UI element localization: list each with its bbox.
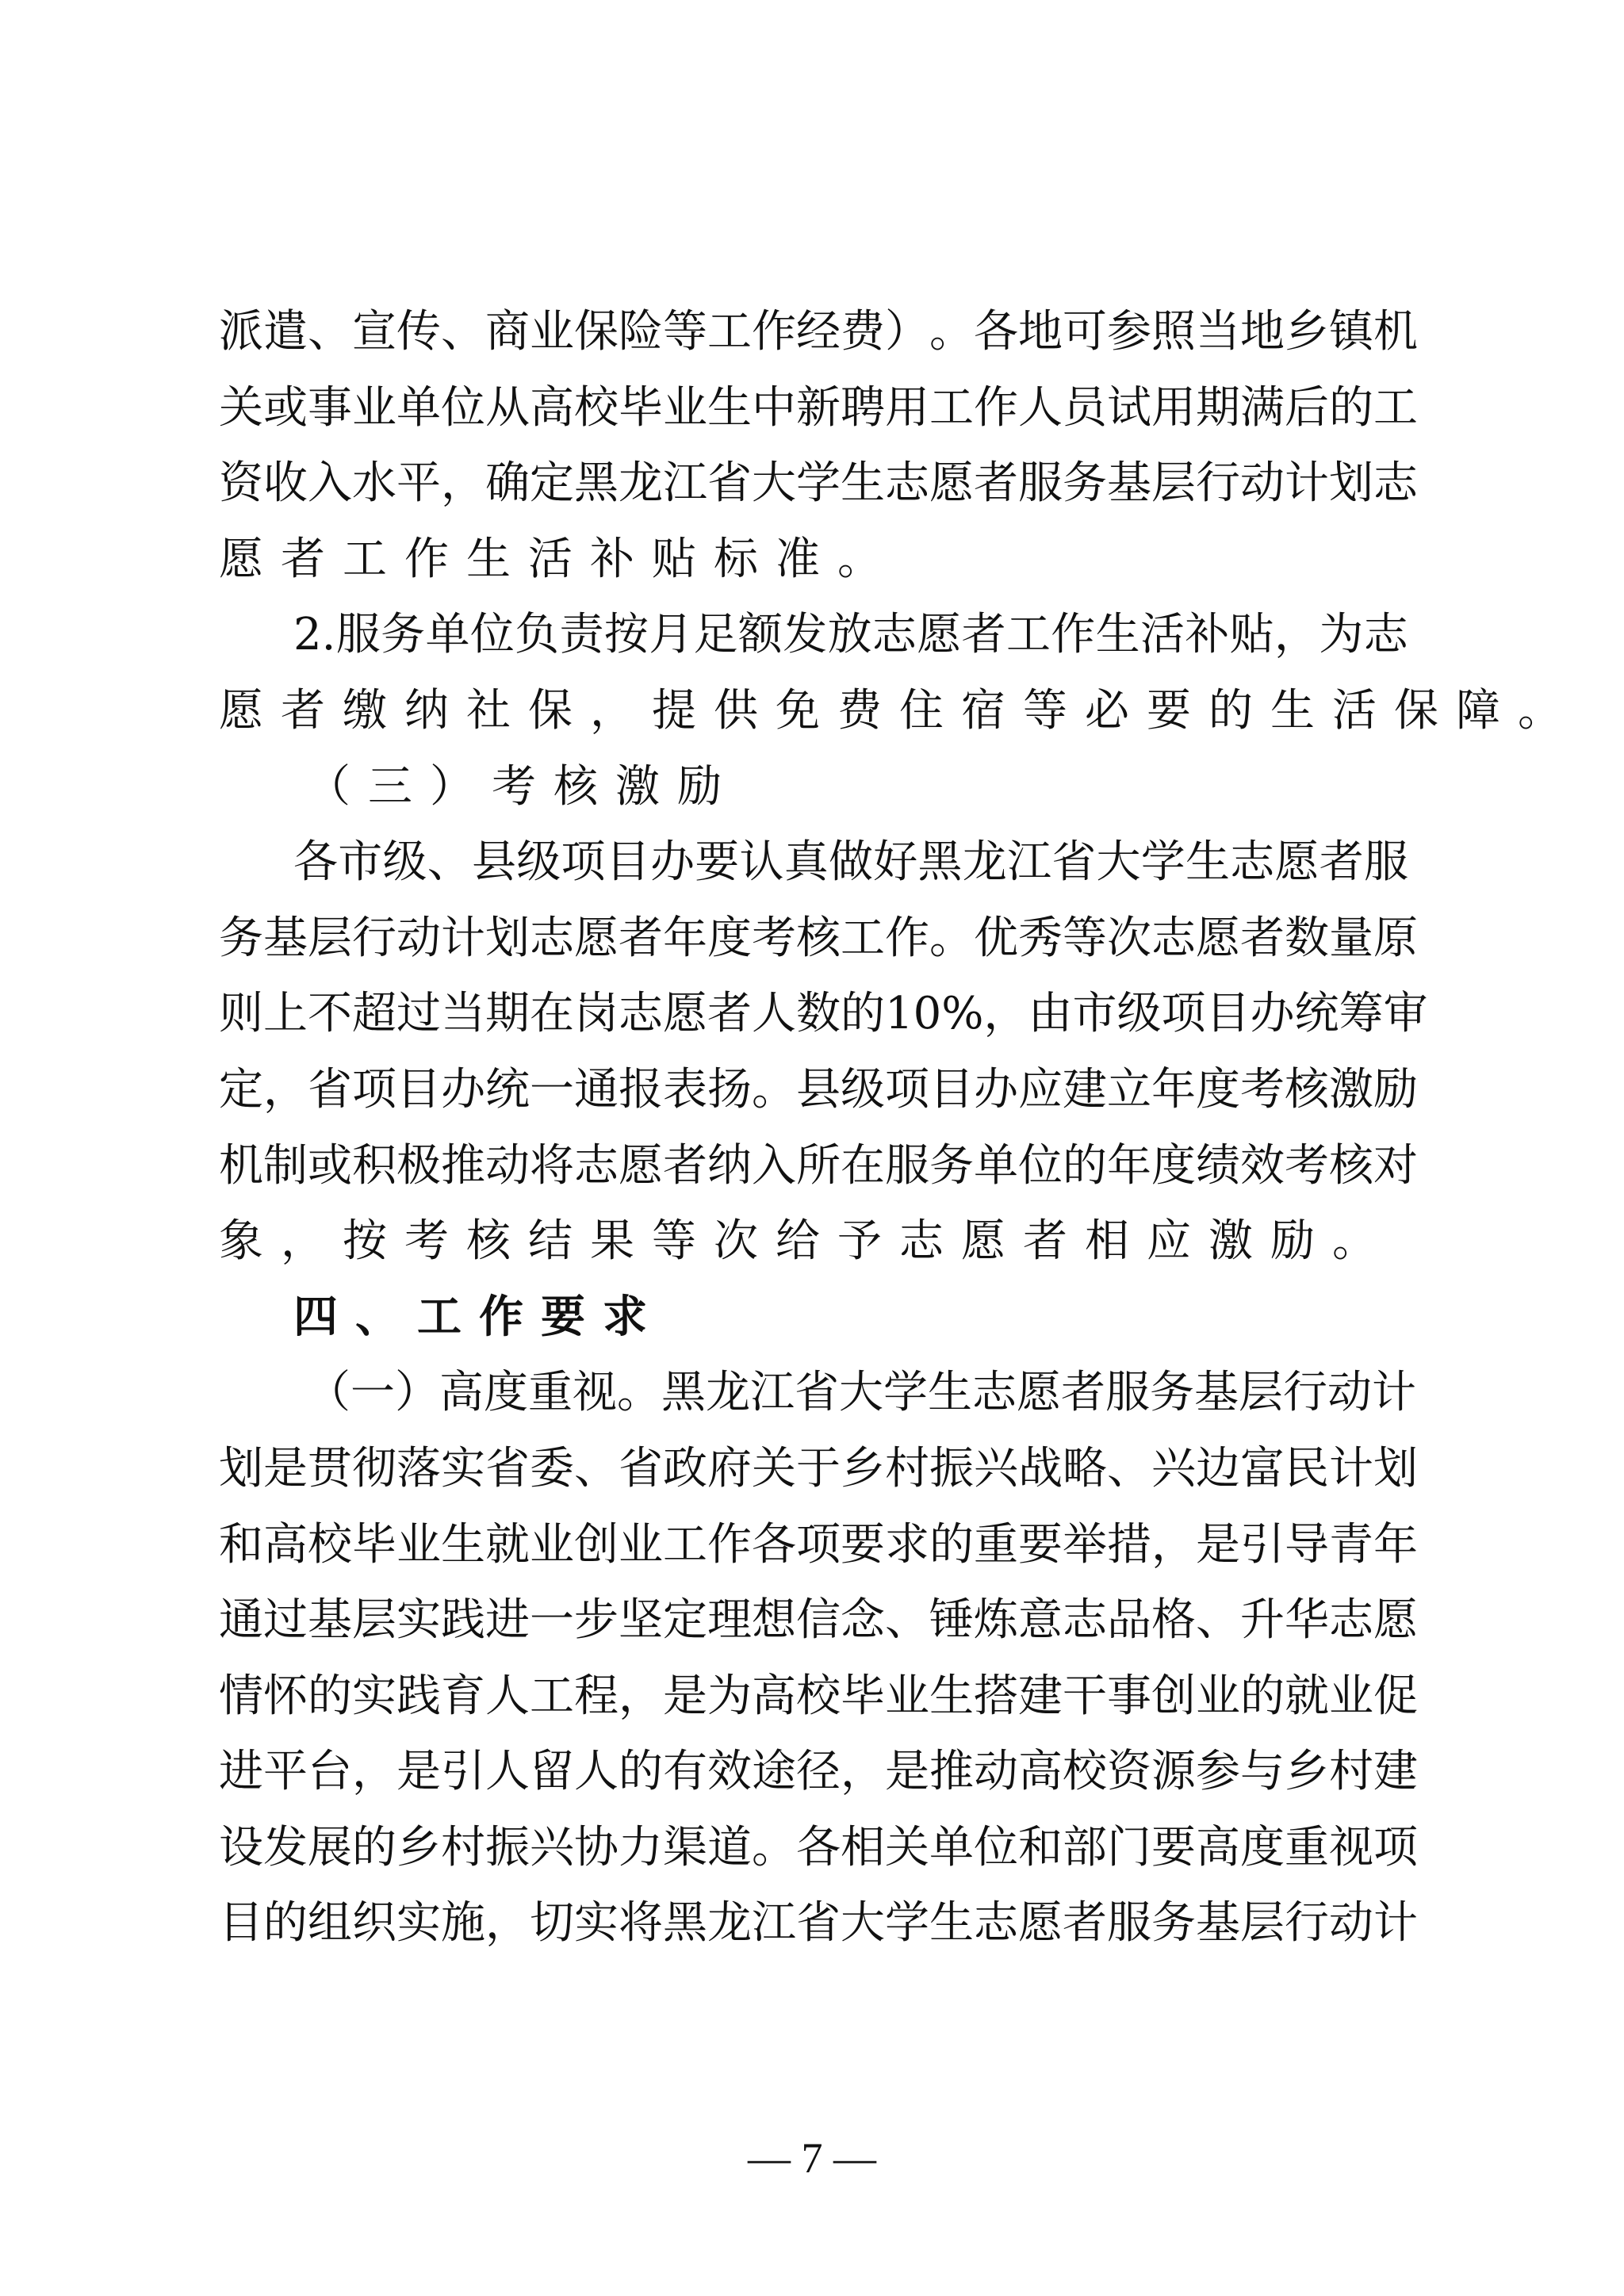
glyph: 举: [1063, 1507, 1107, 1583]
glyph: 宣: [352, 294, 396, 370]
glyph: 省: [1051, 825, 1096, 901]
glyph: 推: [929, 1734, 974, 1810]
glyph: 施: [441, 1885, 485, 1961]
paragraph-line: 和高校毕业生就业创业工作各项要求的重要举措，是引导青年: [219, 1507, 1408, 1583]
glyph: 期: [1196, 370, 1240, 446]
glyph: 是: [1196, 1507, 1240, 1583]
glyph: 、: [1196, 1582, 1240, 1659]
glyph: 定: [663, 1582, 707, 1659]
glyph: 过: [396, 976, 441, 1052]
glyph: 业: [352, 370, 396, 446]
glyph: 考: [1240, 1052, 1285, 1128]
glyph: 量: [1329, 901, 1373, 977]
glyph: 省: [795, 1355, 839, 1431]
glyph: 干: [1063, 1659, 1107, 1735]
glyph: 炼: [974, 1582, 1018, 1659]
glyph: 政: [663, 1431, 707, 1507]
glyph: 秀: [1018, 901, 1063, 977]
glyph: 愿: [1373, 1582, 1418, 1659]
glyph: 要: [1018, 1507, 1063, 1583]
glyph: 校: [1063, 1734, 1107, 1810]
glyph: 者: [962, 597, 1006, 673]
glyph: 做: [829, 825, 873, 901]
glyph: 志: [1329, 1582, 1373, 1659]
glyph: 的: [352, 1810, 396, 1886]
glyph: 动: [974, 1734, 1018, 1810]
glyph: 筹: [1339, 976, 1383, 1052]
glyph: 乡: [1285, 1734, 1329, 1810]
glyph: 参: [1196, 1734, 1240, 1810]
glyph: 目: [396, 1052, 441, 1128]
glyph: 育: [441, 1659, 485, 1735]
glyph: 派: [219, 294, 263, 370]
glyph: 志: [530, 901, 574, 977]
glyph: 确: [485, 446, 530, 522]
glyph: 贴: [1230, 597, 1274, 673]
glyph: 念: [841, 1582, 885, 1659]
glyph: 年: [663, 901, 707, 977]
glyph: ，: [983, 976, 1028, 1052]
glyph: 层: [308, 901, 352, 977]
glyph: 由: [1028, 976, 1072, 1052]
glyph: 基: [1107, 446, 1151, 522]
glyph: 平: [263, 1734, 308, 1810]
glyph: 核: [1285, 1052, 1329, 1128]
glyph: 事: [1107, 1659, 1151, 1735]
glyph: 、: [441, 294, 485, 370]
glyph: 战: [1018, 1431, 1063, 1507]
glyph: 实: [396, 1582, 441, 1659]
glyph: 相: [841, 1810, 885, 1886]
glyph: 践: [396, 1659, 441, 1735]
glyph: 行: [1285, 1885, 1329, 1961]
glyph: 定: [530, 446, 574, 522]
glyph: 毕: [841, 1659, 885, 1735]
glyph: 升: [1240, 1582, 1285, 1659]
glyph: 力: [619, 1810, 663, 1886]
glyph: ，: [441, 446, 485, 522]
paragraph-line: 愿者工作生活补贴标准。: [219, 522, 1408, 598]
glyph: 项: [796, 1507, 841, 1583]
glyph: 高: [530, 370, 574, 446]
glyph: 试: [1107, 370, 1151, 446]
glyph: 道: [707, 1810, 752, 1886]
glyph: 等: [663, 294, 707, 370]
glyph: 作: [752, 294, 796, 370]
glyph: 用: [885, 370, 929, 446]
glyph: 志: [885, 446, 929, 522]
glyph: 协: [574, 1810, 619, 1886]
glyph: 推: [441, 1128, 485, 1204]
glyph: 关: [752, 1431, 796, 1507]
glyph: 贯: [308, 1431, 352, 1507]
glyph: 程: [574, 1659, 619, 1735]
glyph: 坚: [619, 1582, 663, 1659]
glyph: 愿: [1275, 825, 1319, 901]
glyph: 项: [352, 1052, 396, 1128]
glyph: 或: [263, 370, 308, 446]
glyph: 报: [619, 1052, 663, 1128]
glyph: 活: [1140, 597, 1185, 673]
glyph: 引: [1240, 1507, 1285, 1583]
glyph: 划: [1373, 1431, 1418, 1507]
glyph: 要: [695, 825, 739, 901]
glyph: 的: [841, 976, 885, 1052]
glyph: 部: [1063, 1810, 1107, 1886]
glyph: 项: [1161, 976, 1205, 1052]
glyph: 动: [1327, 1355, 1372, 1431]
glyph: 应: [1018, 1052, 1063, 1128]
glyph: 办: [974, 1052, 1018, 1128]
glyph: 渠: [663, 1810, 707, 1886]
glyph: 入: [308, 446, 352, 522]
paragraph-line: 目的组织实施，切实将黑龙江省大学生志愿者服务基层行动计: [219, 1885, 1408, 1961]
glyph: 年: [1107, 1128, 1151, 1204]
glyph: 志: [619, 976, 663, 1052]
glyph: 毕: [619, 370, 663, 446]
glyph: 计: [1329, 1431, 1373, 1507]
glyph: 重: [1285, 1810, 1329, 1886]
glyph: ）: [395, 1355, 439, 1431]
glyph: 县: [796, 1052, 841, 1128]
glyph: 位: [1018, 1128, 1063, 1204]
glyph: 大: [839, 1355, 883, 1431]
glyph: 乡: [841, 1431, 885, 1507]
glyph: 引: [441, 1734, 485, 1810]
glyph: 照: [1151, 294, 1196, 370]
glyph: 划: [1329, 446, 1373, 522]
document-body: 派遣、宣传、商业保险等工作经费）。各地可参照当地乡镇机 关或事业单位从高校毕业生…: [219, 294, 1408, 1961]
glyph: 村: [1329, 1734, 1373, 1810]
glyph: 黑: [918, 825, 963, 901]
glyph: 人: [752, 976, 796, 1052]
glyph: 收: [263, 446, 308, 522]
glyph: 于: [796, 1431, 841, 1507]
paragraph-line: 务基层行动计划志愿者年度考核工作。优秀等次志愿者数量原: [219, 901, 1408, 977]
glyph: 员: [1063, 370, 1107, 446]
glyph: 度: [484, 1355, 528, 1431]
glyph: 彻: [352, 1431, 396, 1507]
glyph: 务: [219, 901, 263, 977]
glyph: 青: [1329, 1507, 1373, 1583]
glyph: 校: [574, 370, 619, 446]
glyph: 愿: [619, 1128, 663, 1204]
glyph: 径: [796, 1734, 841, 1810]
glyph: 责: [560, 597, 604, 673]
glyph: 务: [929, 1128, 974, 1204]
glyph: 、: [1107, 1431, 1151, 1507]
paragraph-line: 则上不超过当期在岗志愿者人数的10%，由市级项目办统筹审: [219, 976, 1408, 1052]
glyph: 人: [485, 1734, 530, 1810]
glyph: 江: [750, 1355, 795, 1431]
glyph: 进: [219, 1734, 263, 1810]
glyph: 者: [663, 1128, 707, 1204]
glyph: 层: [1239, 1355, 1283, 1431]
glyph: 、: [885, 1582, 929, 1659]
glyph: 新: [796, 370, 841, 446]
glyph: ，: [619, 1659, 663, 1735]
glyph: 单: [425, 597, 469, 673]
glyph: 遣: [263, 294, 308, 370]
glyph: 的: [1063, 1128, 1107, 1204]
glyph: 度: [707, 901, 752, 977]
glyph: 委: [530, 1431, 574, 1507]
glyph: 组: [308, 1885, 352, 1961]
glyph: 。: [617, 1355, 661, 1431]
glyph: 务: [1151, 1885, 1196, 1961]
glyph: 志: [1151, 901, 1196, 977]
paragraph-line: 象，按考核结果等次给予志愿者相应激励。: [219, 1203, 1408, 1280]
glyph: 可: [1063, 294, 1107, 370]
glyph: 不: [308, 976, 352, 1052]
glyph: 一: [530, 1052, 574, 1128]
glyph: 资: [219, 446, 263, 522]
glyph: 建: [1373, 1734, 1418, 1810]
glyph: （: [306, 1355, 350, 1431]
glyph: 基: [263, 901, 308, 977]
glyph: 信: [796, 1582, 841, 1659]
glyph: 志: [1063, 1582, 1107, 1659]
glyph: 人: [574, 1734, 619, 1810]
glyph: 业: [1329, 1659, 1373, 1735]
glyph: 大: [752, 446, 796, 522]
glyph: 立: [1107, 1052, 1151, 1128]
glyph: 想: [752, 1582, 796, 1659]
glyph: 振: [485, 1810, 530, 1886]
glyph: 生: [1185, 825, 1230, 901]
glyph: 。: [929, 294, 974, 370]
glyph: 村: [441, 1810, 485, 1886]
glyph: 就: [1285, 1659, 1329, 1735]
glyph: 地: [1240, 294, 1285, 370]
glyph: 发: [263, 1810, 308, 1886]
glyph: 措: [1107, 1507, 1151, 1583]
glyph: 负: [515, 597, 559, 673]
glyph: 者: [974, 446, 1018, 522]
glyph: 月: [649, 597, 693, 673]
glyph: 积: [352, 1128, 396, 1204]
glyph: 落: [396, 1431, 441, 1507]
glyph: 基: [1194, 1355, 1239, 1431]
glyph: 践: [441, 1582, 485, 1659]
glyph: 生: [929, 1885, 974, 1961]
glyph: 人: [1018, 370, 1063, 446]
glyph: 作: [974, 370, 1018, 446]
glyph: 与: [1240, 1734, 1285, 1810]
glyph: 考: [752, 901, 796, 977]
glyph: 留: [530, 1734, 574, 1810]
glyph: 愿: [663, 976, 707, 1052]
glyph: 服: [1364, 825, 1408, 901]
glyph: 单: [929, 1810, 974, 1886]
glyph: 怀: [263, 1659, 308, 1735]
glyph: 各: [293, 825, 338, 901]
glyph: 和: [219, 1507, 263, 1583]
glyph: 事: [308, 370, 352, 446]
glyph: 行: [352, 901, 396, 977]
glyph: 校: [796, 1659, 841, 1735]
paragraph-line: 情怀的实践育人工程，是为高校毕业生搭建干事创业的就业促: [219, 1659, 1408, 1735]
glyph: 参: [1107, 294, 1151, 370]
glyph: 补: [1185, 597, 1229, 673]
glyph: 按: [604, 597, 649, 673]
glyph: 兴: [1151, 1431, 1196, 1507]
glyph: 府: [707, 1431, 752, 1507]
glyph: 者: [1240, 901, 1285, 977]
glyph: 项: [561, 825, 606, 901]
glyph: 工: [841, 901, 885, 977]
glyph: 途: [752, 1734, 796, 1810]
glyph: 目: [1205, 976, 1250, 1052]
glyph: 超: [352, 976, 396, 1052]
glyph: 表: [663, 1052, 707, 1128]
glyph: 的: [1240, 1659, 1285, 1735]
glyph: 愿: [929, 446, 974, 522]
glyph: 审: [1383, 976, 1427, 1052]
glyph: 务: [1063, 446, 1107, 522]
glyph: 重: [974, 1507, 1018, 1583]
glyph: 一: [350, 1355, 395, 1431]
glyph: 数: [796, 976, 841, 1052]
glyph: 村: [885, 1431, 929, 1507]
glyph: 市: [338, 825, 382, 901]
glyph: 年: [1373, 1507, 1418, 1583]
glyph: 实: [441, 1431, 485, 1507]
glyph: 年: [1151, 1052, 1196, 1128]
glyph: 省: [707, 446, 752, 522]
glyph: 是: [663, 1659, 707, 1735]
paragraph-line-item-2: 2.服务单位负责按月足额发放志愿者工作生活补贴，为志: [219, 597, 1408, 673]
glyph: 业: [1196, 1659, 1240, 1735]
glyph: 将: [619, 1885, 663, 1961]
paragraph-line: 划是贯彻落实省委、省政府关于乡村振兴战略、兴边富民计划: [219, 1431, 1408, 1507]
glyph: 平: [396, 446, 441, 522]
glyph: 富: [1240, 1431, 1285, 1507]
glyph: 要: [1151, 1810, 1196, 1886]
glyph: 学: [796, 446, 841, 522]
glyph: 业: [663, 370, 707, 446]
glyph: 乡: [1285, 294, 1329, 370]
glyph: 建: [1063, 1052, 1107, 1128]
glyph: 志: [974, 1885, 1018, 1961]
glyph: 高: [1018, 1734, 1063, 1810]
glyph: 额: [738, 597, 783, 673]
glyph: 人: [485, 1659, 530, 1735]
glyph: 效: [1240, 1128, 1285, 1204]
glyph: 制: [263, 1128, 308, 1204]
glyph: 关: [219, 370, 263, 446]
glyph: 大: [1097, 825, 1141, 901]
glyph: 核: [1329, 1128, 1373, 1204]
paragraph-line: 定，省项目办统一通报表扬。县级项目办应建立年度考核激励: [219, 1052, 1408, 1128]
glyph: 乡: [396, 1810, 441, 1886]
paragraph-line: 进平台，是引人留人的有效途径，是推动高校资源参与乡村建: [219, 1734, 1408, 1810]
glyph: 的: [619, 1734, 663, 1810]
glyph: 传: [396, 294, 441, 370]
glyph: 龙: [706, 1355, 750, 1431]
subheading-assessment: （三）考核激励: [219, 749, 1408, 825]
glyph: 黑: [574, 446, 619, 522]
glyph: 认: [740, 825, 784, 901]
glyph: 通: [219, 1582, 263, 1659]
glyph: 要: [841, 1507, 885, 1583]
glyph: 度: [1151, 1128, 1196, 1204]
glyph: 单: [974, 1128, 1018, 1204]
glyph: 核: [796, 901, 841, 977]
glyph: 统: [485, 1052, 530, 1128]
glyph: 大: [841, 1885, 885, 1961]
glyph: 优: [974, 901, 1018, 977]
glyph: 行: [1196, 446, 1240, 522]
glyph: 市: [1072, 976, 1116, 1052]
glyph: 度: [1240, 1810, 1285, 1886]
glyph: 毕: [352, 1507, 396, 1583]
glyph: 工: [1373, 370, 1418, 446]
glyph: 实: [574, 1885, 619, 1961]
glyph: ）: [885, 294, 929, 370]
glyph: 理: [707, 1582, 752, 1659]
glyph: ，: [485, 1885, 530, 1961]
glyph: 扬: [707, 1052, 752, 1128]
glyph: 基: [1196, 1885, 1240, 1961]
glyph: 效: [707, 1734, 752, 1810]
glyph: 目: [929, 1052, 974, 1128]
glyph: 级: [1116, 976, 1161, 1052]
glyph: 县: [472, 825, 516, 901]
glyph: 求: [885, 1507, 929, 1583]
glyph: ，: [263, 1052, 308, 1128]
glyph: 办: [1250, 976, 1294, 1052]
glyph: 等: [1063, 901, 1107, 977]
glyph: 发: [783, 597, 827, 673]
glyph: 织: [352, 1885, 396, 1961]
glyph: 导: [1285, 1507, 1329, 1583]
glyph: 龙: [619, 446, 663, 522]
glyph: 关: [885, 1810, 929, 1886]
glyph: 格: [1151, 1582, 1196, 1659]
glyph: 黑: [661, 1355, 706, 1431]
glyph: 创: [574, 1507, 619, 1583]
glyph: 生: [841, 446, 885, 522]
glyph: 志: [972, 1355, 1017, 1431]
glyph: 务: [1150, 1355, 1194, 1431]
glyph: 划: [219, 1431, 263, 1507]
glyph: 高: [1196, 1810, 1240, 1886]
glyph: 台: [308, 1734, 352, 1810]
glyph: 的: [1329, 370, 1373, 446]
glyph: 校: [308, 1507, 352, 1583]
glyph: 统: [1294, 976, 1339, 1052]
glyph: 龙: [963, 825, 1007, 901]
glyph: 是: [885, 1734, 929, 1810]
glyph: 上: [263, 976, 308, 1052]
glyph: 作: [707, 1507, 752, 1583]
glyph: 有: [663, 1734, 707, 1810]
glyph: 各: [796, 1810, 841, 1886]
glyph: 一: [530, 1582, 574, 1659]
paragraph-line: 关或事业单位从高校毕业生中新聘用工作人员试用期满后的工: [219, 370, 1408, 446]
document-page: 派遣、宣传、商业保险等工作经费）。各地可参照当地乡镇机 关或事业单位从高校毕业生…: [0, 0, 1624, 2296]
glyph: 锤: [929, 1582, 974, 1659]
glyph: 放: [828, 597, 872, 673]
glyph: 各: [974, 294, 1018, 370]
glyph: 2.: [293, 597, 335, 673]
glyph: 经: [796, 294, 841, 370]
glyph: 满: [1240, 370, 1285, 446]
glyph: 各: [752, 1507, 796, 1583]
glyph: 真: [784, 825, 829, 901]
glyph: 10%: [885, 976, 983, 1052]
